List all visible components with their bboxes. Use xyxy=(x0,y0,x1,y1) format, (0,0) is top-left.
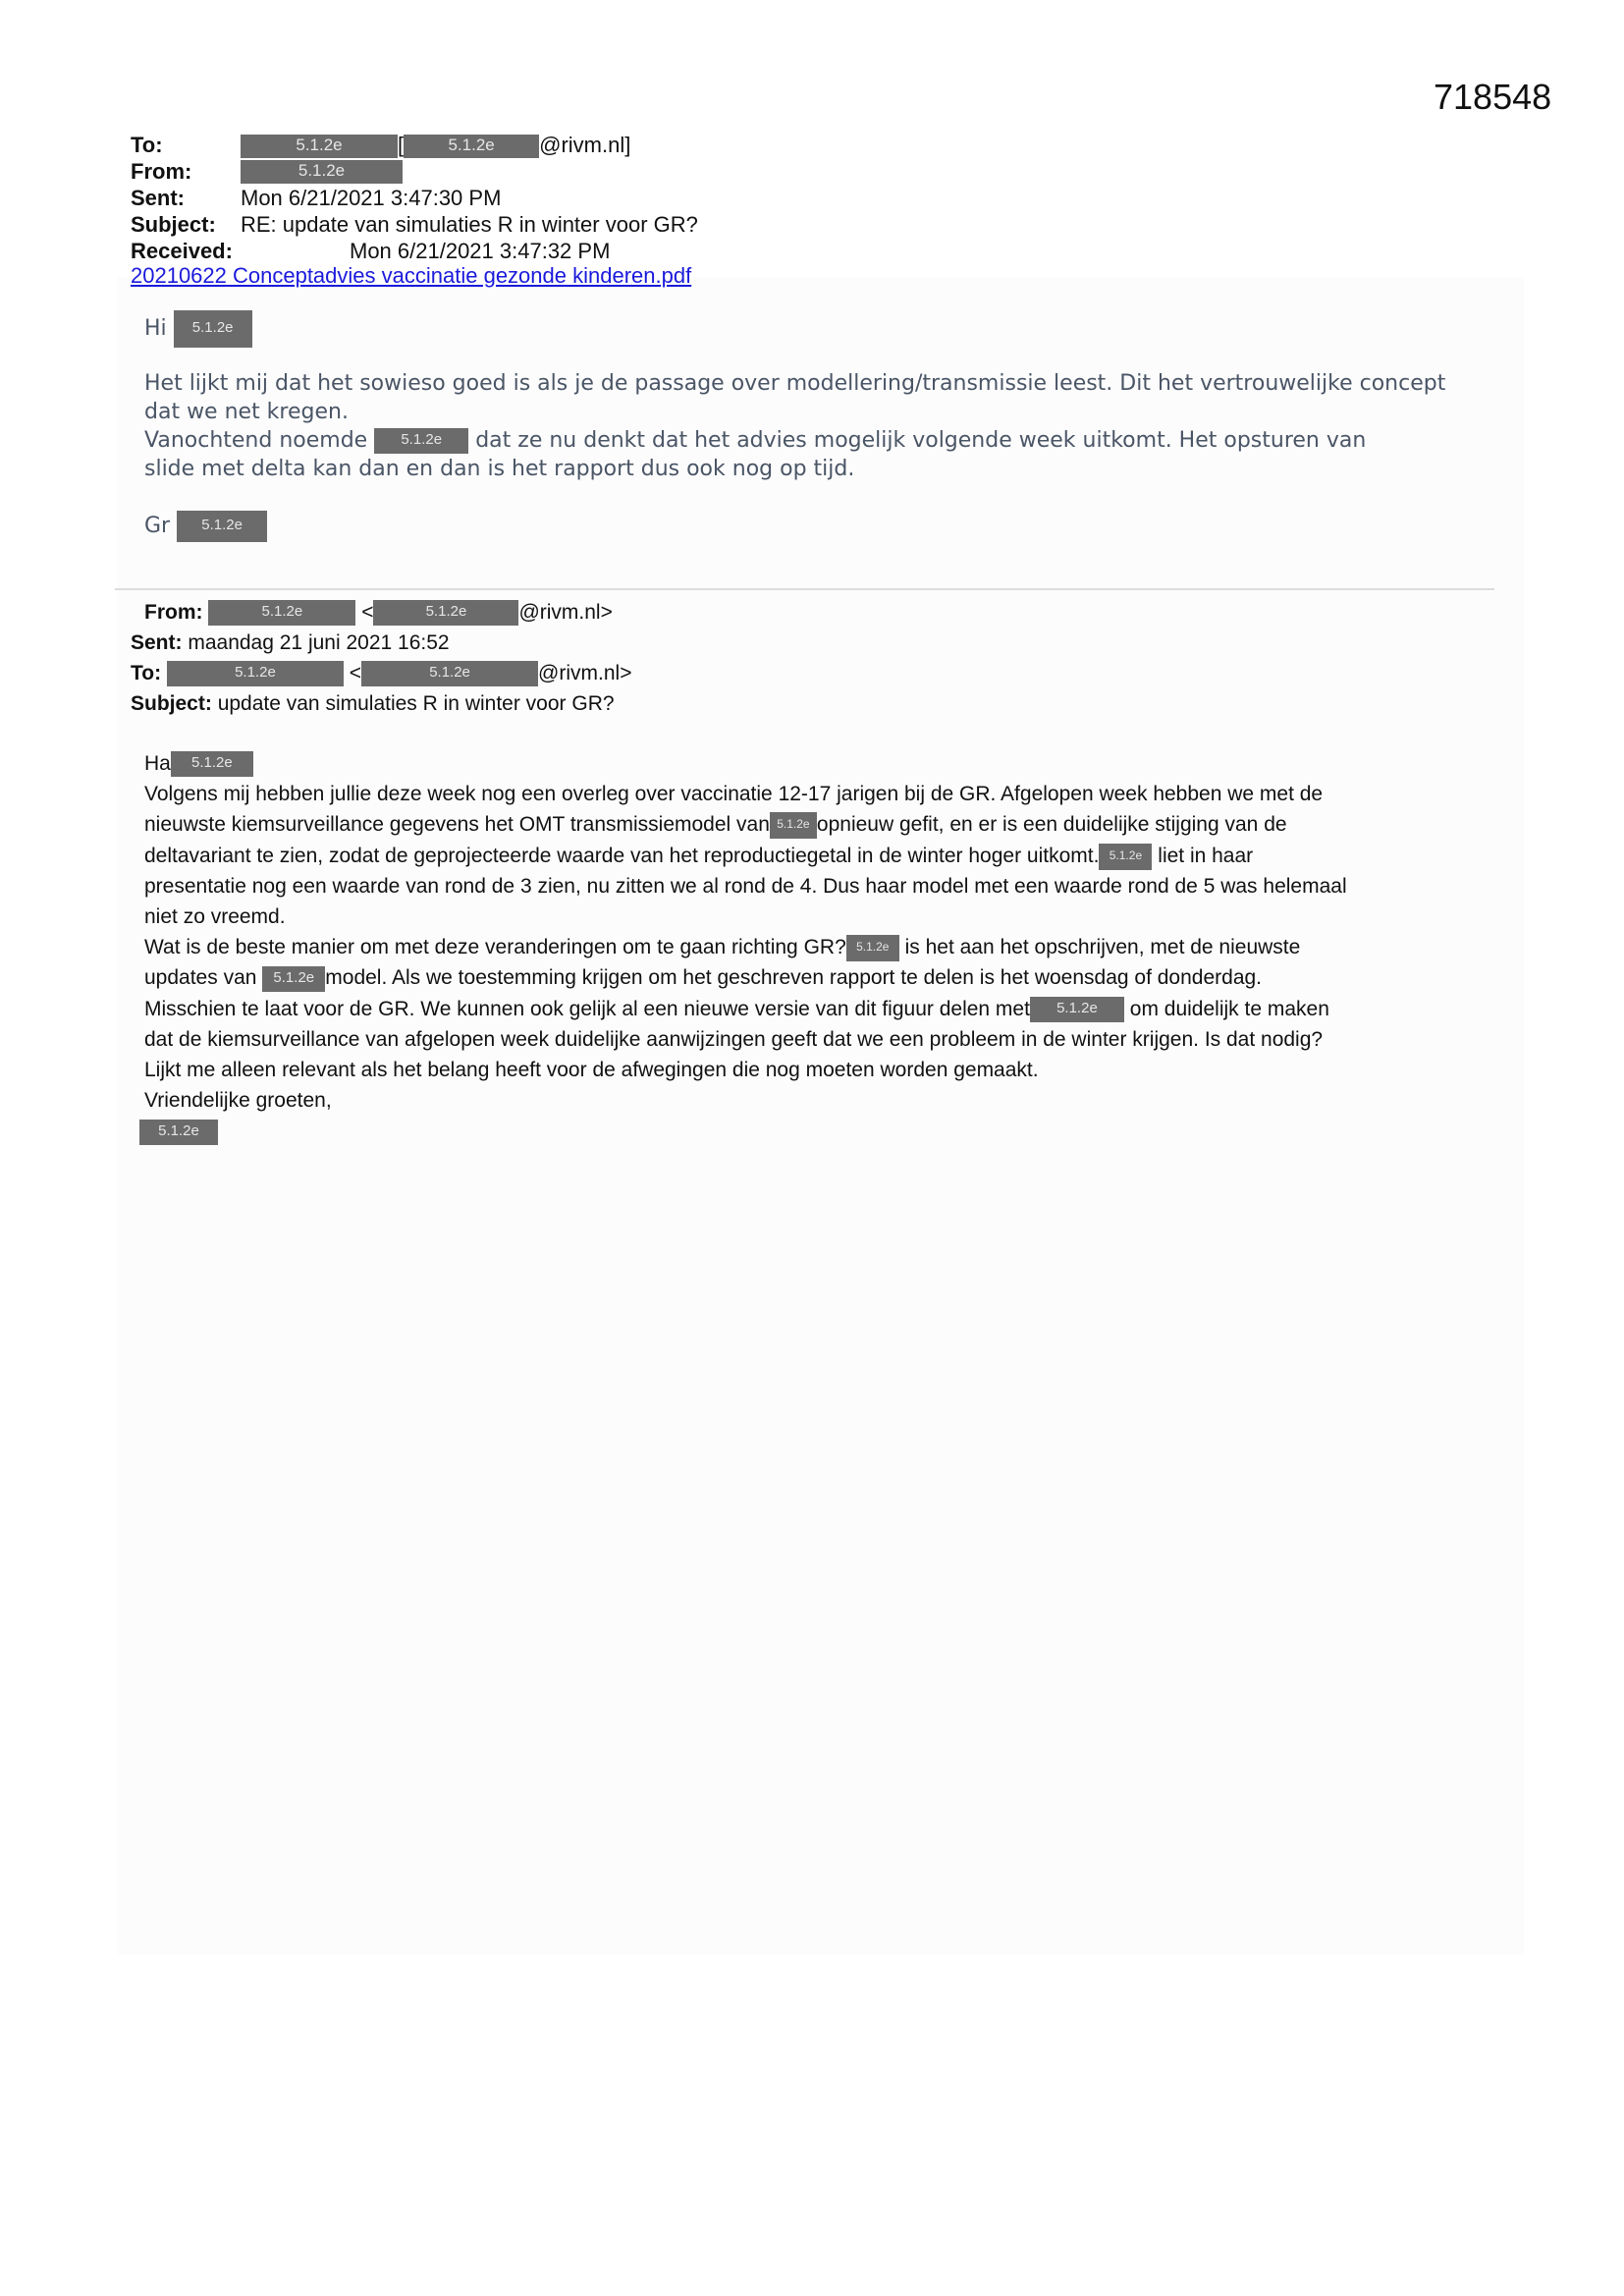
redaction: 5.1.2e xyxy=(174,310,252,348)
redaction: 5.1.2e xyxy=(139,1120,218,1145)
text: opnieuw gefit, en er is een duidelijke s… xyxy=(817,813,1287,836)
redaction: 5.1.2e xyxy=(171,751,253,777)
text: nieuwste kiemsurveillance gegevens het O… xyxy=(144,813,770,836)
redaction: 5.1.2e xyxy=(177,511,267,542)
body-line: Vriendelijke groeten, xyxy=(144,1085,1519,1116)
text: dat ze nu denkt dat het advies mogelijk … xyxy=(475,428,1366,453)
redaction: 5.1.2e xyxy=(1030,997,1124,1022)
sent-label: Sent: xyxy=(131,631,183,654)
body-line: dat de kiemsurveillance van afgelopen we… xyxy=(144,1024,1519,1055)
redaction: 5.1.2e xyxy=(374,428,468,454)
sent-label: Sent: xyxy=(131,185,185,211)
redaction: 5.1.2e xyxy=(361,661,538,686)
text: is het aan het opschrijven, met de nieuw… xyxy=(899,936,1301,958)
body-line: Lijkt me alleen relevant als het belang … xyxy=(144,1055,1519,1085)
body-line: updates van 5.1.2emodel. Als we toestemm… xyxy=(144,962,1519,993)
subject-label: Subject: xyxy=(131,692,212,715)
received-label: Received: xyxy=(131,238,233,264)
reply-paragraph: Vanochtend noemde 5.1.2e dat ze nu denkt… xyxy=(144,426,1519,483)
original-body: Ha5.1.2e Volgens mij hebben jullie deze … xyxy=(144,748,1519,1147)
sent-value: Mon 6/21/2021 3:47:30 PM xyxy=(241,185,501,211)
body-line: niet zo vreemd. xyxy=(144,902,1519,932)
body-line: Misschien te laat voor de GR. We kunnen … xyxy=(144,994,1519,1024)
original-header: From: 5.1.2e <5.1.2e@rivm.nl> Sent: maan… xyxy=(131,597,631,719)
subject-label: Subject: xyxy=(131,211,216,238)
lt: < xyxy=(361,601,373,624)
subject-value: update van simulaties R in winter voor G… xyxy=(218,692,615,715)
redaction: 5.1.2e xyxy=(373,600,518,626)
redaction: 5.1.2e xyxy=(404,135,539,158)
orig-from-row: From: 5.1.2e <5.1.2e@rivm.nl> xyxy=(131,597,631,628)
divider xyxy=(115,588,1494,590)
text: liet in haar xyxy=(1152,845,1253,867)
text: Vanochtend noemde xyxy=(144,428,367,453)
redaction: 5.1.2e xyxy=(262,966,325,992)
greeting: Ha xyxy=(144,752,171,775)
body-line: deltavariant te zien, zodat de geproject… xyxy=(144,841,1519,871)
redaction: 5.1.2e xyxy=(167,661,344,686)
to-label: To: xyxy=(131,132,163,158)
body-line: Volgens mij hebben jullie deze week nog … xyxy=(144,779,1519,809)
to-label: To: xyxy=(131,662,161,684)
body-line: nieuwste kiemsurveillance gegevens het O… xyxy=(144,809,1519,840)
lt: < xyxy=(350,662,361,684)
body-line: presentatie nog een waarde van rond de 3… xyxy=(144,871,1519,902)
reply-body: Hi 5.1.2e Het lijkt mij dat het sowieso … xyxy=(144,310,1519,542)
subject-value: RE: update van simulaties R in winter vo… xyxy=(241,211,698,238)
orig-sent-row: Sent: maandag 21 juni 2021 16:52 xyxy=(131,628,631,658)
greeting: Hi xyxy=(144,316,167,341)
redaction: 5.1.2e xyxy=(208,600,355,626)
to-domain: @rivm.nl] xyxy=(539,133,630,157)
attachment-link[interactable]: 20210622 Conceptadvies vaccinatie gezond… xyxy=(131,263,691,289)
sent-value: maandag 21 juni 2021 16:52 xyxy=(188,631,449,654)
from-domain: @rivm.nl> xyxy=(518,601,612,624)
text: om duidelijk te maken xyxy=(1124,998,1329,1020)
redaction: 5.1.2e xyxy=(1099,844,1152,870)
redaction: 5.1.2e xyxy=(846,935,899,961)
body-line: Wat is de beste manier om met deze veran… xyxy=(144,932,1519,962)
orig-subject-row: Subject: update van simulaties R in wint… xyxy=(131,688,631,719)
redaction: 5.1.2e xyxy=(241,135,398,158)
redaction: 5.1.2e xyxy=(241,160,403,184)
document-number: 718548 xyxy=(1434,77,1551,118)
redaction: 5.1.2e xyxy=(770,812,817,839)
reply-paragraph: Het lijkt mij dat het sowieso goed is al… xyxy=(144,369,1460,426)
text: deltavariant te zien, zodat de geproject… xyxy=(144,845,1099,867)
to-domain: @rivm.nl> xyxy=(538,662,631,684)
text: updates van xyxy=(144,966,256,989)
text: Wat is de beste manier om met deze veran… xyxy=(144,936,846,958)
from-label: From: xyxy=(131,158,191,185)
received-value: Mon 6/21/2021 3:47:32 PM xyxy=(350,238,610,264)
text: model. Als we toestemming krijgen om het… xyxy=(325,966,1262,989)
text: slide met delta kan dan en dan is het ra… xyxy=(144,457,854,481)
text: Misschien te laat voor de GR. We kunnen … xyxy=(144,998,1030,1020)
signoff: Gr xyxy=(144,514,170,538)
orig-to-row: To: 5.1.2e <5.1.2e@rivm.nl> xyxy=(131,658,631,688)
from-label: From: xyxy=(144,601,203,624)
